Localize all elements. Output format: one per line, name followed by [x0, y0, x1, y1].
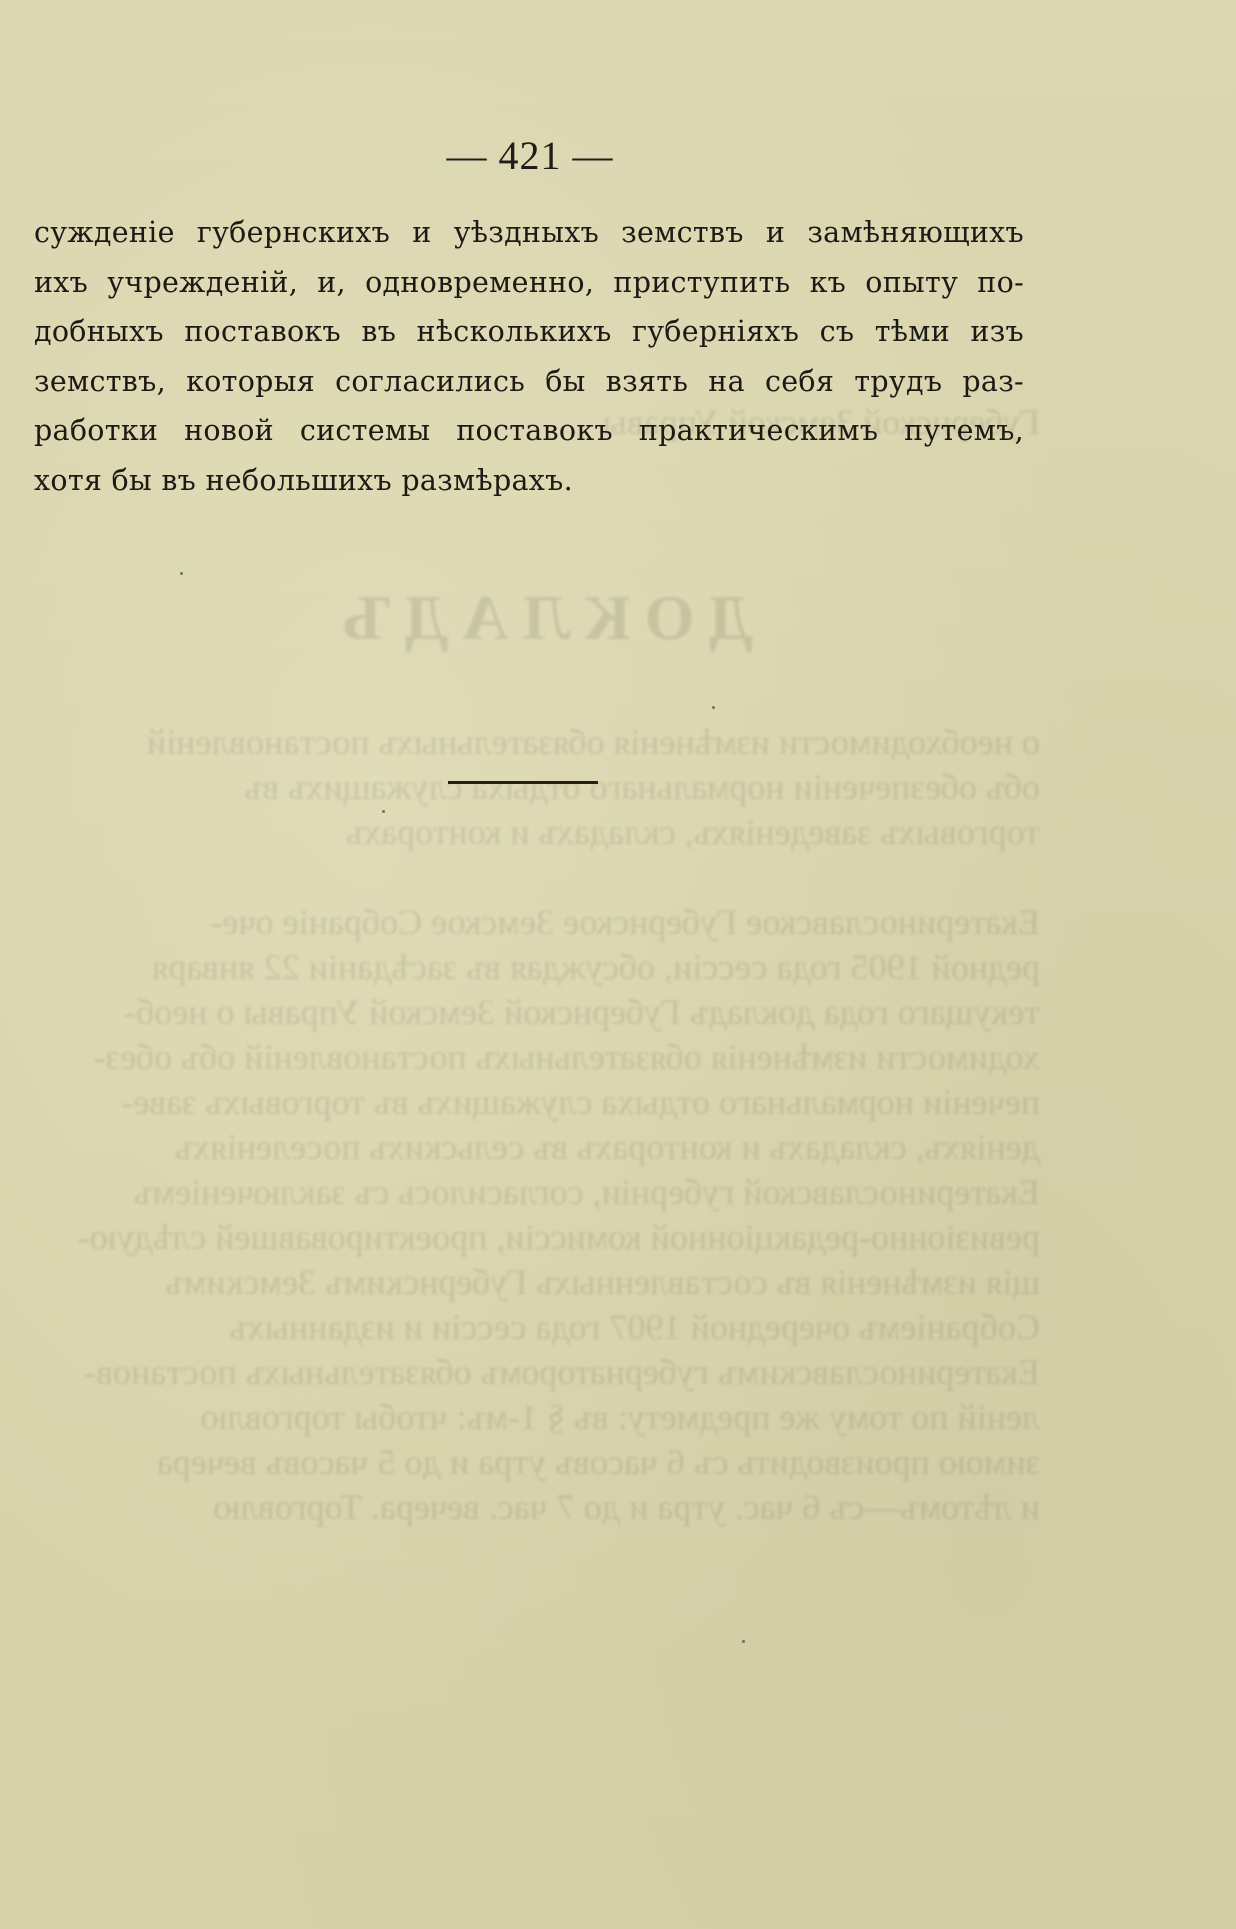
text-line: земствъ, которыя согласились бы взять на…: [34, 357, 1024, 407]
text-line: работки новой системы поставокъ практиче…: [34, 406, 1024, 456]
paper-speck: [742, 1640, 745, 1643]
body-paragraph: сужденіе губернскихъ и уѣздныхъ земствъ …: [34, 208, 1024, 505]
paper-speck: [712, 706, 715, 709]
text-line: хотя бы въ небольшихъ размѣрахъ.: [34, 456, 1024, 506]
paper-speck: [180, 572, 183, 575]
text-line: добныхъ поставокъ въ нѣсколькихъ губерні…: [34, 307, 1024, 357]
section-divider-rule: [448, 781, 598, 784]
text-line: сужденіе губернскихъ и уѣздныхъ земствъ …: [34, 208, 1024, 258]
page-number: — 421 —: [0, 132, 1060, 179]
paper-speck: [382, 810, 385, 813]
text-line: ихъ учрежденій, и, одновременно, приступ…: [34, 258, 1024, 308]
